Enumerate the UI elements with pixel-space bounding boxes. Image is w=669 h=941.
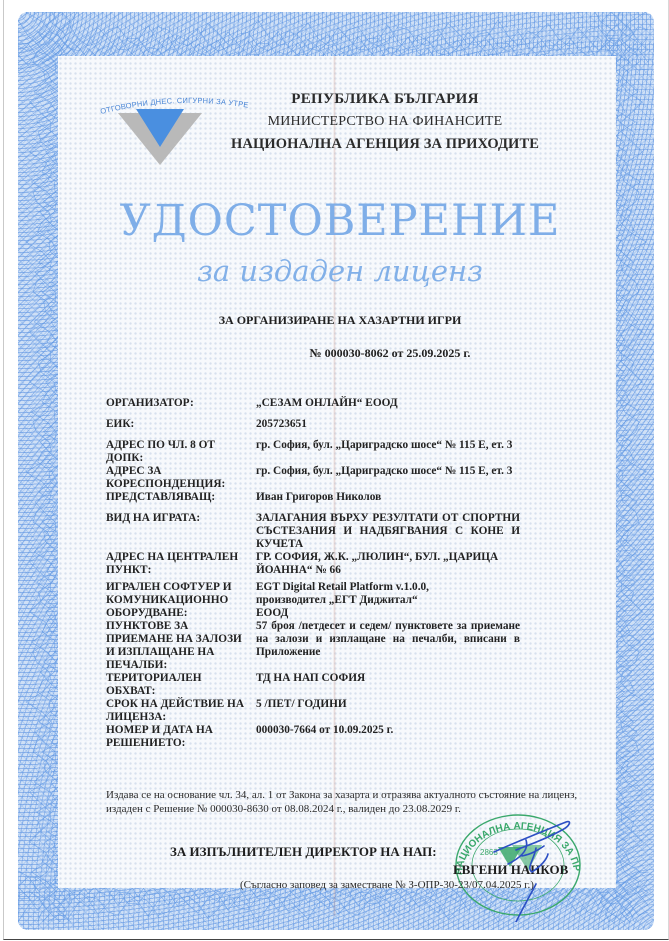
detail-label: ПУНКТОВЕ ЗА ПРИЕМАНЕ НА ЗАЛОЗИ И ИЗПЛАЩА…: [106, 620, 248, 672]
license-details: ОРГАНИЗАТОР: „СЕЗАМ ОНЛАЙН“ ЕООД ЕИК: 20…: [106, 397, 520, 750]
certificate-number: № 000030-8062 от 25.09.2025 г.: [150, 346, 630, 361]
detail-value: 5 /ПЕТ/ ГОДИНИ: [256, 698, 520, 724]
nra-logo-icon: [118, 103, 202, 169]
certificate-subtitle: за издаден лиценз: [60, 254, 620, 288]
detail-label: ЕИК:: [106, 418, 256, 431]
certificate-title: УДОСТОВЕРЕНИЕ: [60, 196, 620, 246]
detail-value: 000030-7664 от 10.09.2025 г.: [256, 724, 520, 750]
detail-row-correspondence: АДРЕС ЗА КОРЕСПОНДЕНЦИЯ: гр. София, бул.…: [106, 465, 520, 491]
detail-label: ВИД НА ИГРАТА:: [106, 512, 256, 551]
detail-row-software: ИГРАЛЕН СОФТУЕР И КОМУНИКАЦИОННО ОБОРУДВ…: [106, 581, 520, 620]
detail-label: АДРЕС НА ЦЕНТРАЛЕН ПУНКТ:: [106, 551, 256, 577]
detail-row-game-type: ВИД НА ИГРАТА: ЗАЛАГАНИЯ ВЪРХУ РЕЗУЛТАТИ…: [106, 512, 520, 551]
detail-label: ТЕРИТОРИАЛЕН ОБХВАТ:: [106, 672, 226, 698]
country-heading: РЕПУБЛИКА БЪЛГАРИЯ: [205, 91, 565, 108]
detail-row-representative: ПРЕДСТАВЛЯВАЩ: Иван Григоров Николов: [106, 491, 520, 504]
detail-row-central-point: АДРЕС НА ЦЕНТРАЛЕН ПУНКТ: ГР. СОФИЯ, Ж.К…: [106, 551, 520, 577]
detail-label: ИГРАЛЕН СОФТУЕР И КОМУНИКАЦИОННО ОБОРУДВ…: [106, 581, 246, 620]
detail-value: ГР. СОФИЯ, Ж.К. „ЛЮЛИН“, БУЛ. „ЦАРИЦА ЙО…: [256, 551, 520, 577]
detail-value: Иван Григоров Николов: [256, 491, 520, 504]
detail-value: 205723651: [256, 418, 520, 431]
detail-label: ПРЕДСТАВЛЯВАЩ:: [106, 491, 256, 504]
detail-row-points: ПУНКТОВЕ ЗА ПРИЕМАНЕ НА ЗАЛОЗИ И ИЗПЛАЩА…: [106, 620, 520, 672]
detail-value: 57 броя /петдесет и седем/ пунктовете за…: [256, 620, 520, 672]
detail-value: гр. София, бул. „Цариградско шосе“ № 115…: [256, 439, 520, 465]
detail-value: ТД НА НАП СОФИЯ: [256, 672, 520, 698]
detail-row-validity: СРОК НА ДЕЙСТВИЕ НА ЛИЦЕНЗА: 5 /ПЕТ/ ГОД…: [106, 698, 520, 724]
detail-label: ОРГАНИЗАТОР:: [106, 397, 256, 410]
detail-value: EGT Digital Retail Platform v.1.0.0, про…: [256, 581, 520, 620]
detail-value: ЗАЛАГАНИЯ ВЪРХУ РЕЗУЛТАТИ ОТ СПОРТНИ СЪС…: [256, 512, 520, 551]
signatory-title: ЗА ИЗПЪЛНИТЕЛЕН ДИРЕКТОР НА НАП:: [170, 844, 437, 860]
handwritten-signature-icon: [486, 812, 576, 922]
detail-row-organizer: ОРГАНИЗАТОР: „СЕЗАМ ОНЛАЙН“ ЕООД: [106, 397, 520, 410]
detail-label: НОМЕР И ДАТА НА РЕШЕНИЕТО:: [106, 724, 226, 750]
agency-heading: НАЦИОНАЛНА АГЕНЦИЯ ЗА ПРИХОДИТЕ: [205, 136, 565, 153]
detail-label: АДРЕС ЗА КОРЕСПОНДЕНЦИЯ:: [106, 465, 244, 491]
detail-label: СРОК НА ДЕЙСТВИЕ НА ЛИЦЕНЗА:: [106, 698, 256, 724]
detail-label: АДРЕС ПО ЧЛ. 8 ОТ ДОПК:: [106, 439, 244, 465]
ministry-heading: МИНИСТЕРСТВО НА ФИНАНСИТЕ: [205, 114, 565, 130]
license-subject: ЗА ОРГАНИЗИРАНЕ НА ХАЗАРТНИ ИГРИ: [60, 313, 620, 328]
detail-row-eik: ЕИК: 205723651: [106, 418, 520, 431]
detail-row-territory: ТЕРИТОРИАЛЕН ОБХВАТ: ТД НА НАП СОФИЯ: [106, 672, 520, 698]
detail-value: гр. София, бул. „Цариградско шосе“ № 115…: [256, 465, 520, 491]
detail-row-decision: НОМЕР И ДАТА НА РЕШЕНИЕТО: 000030-7664 о…: [106, 724, 520, 750]
detail-row-address: АДРЕС ПО ЧЛ. 8 ОТ ДОПК: гр. София, бул. …: [106, 439, 520, 465]
detail-value: „СЕЗАМ ОНЛАЙН“ ЕООД: [256, 397, 520, 410]
